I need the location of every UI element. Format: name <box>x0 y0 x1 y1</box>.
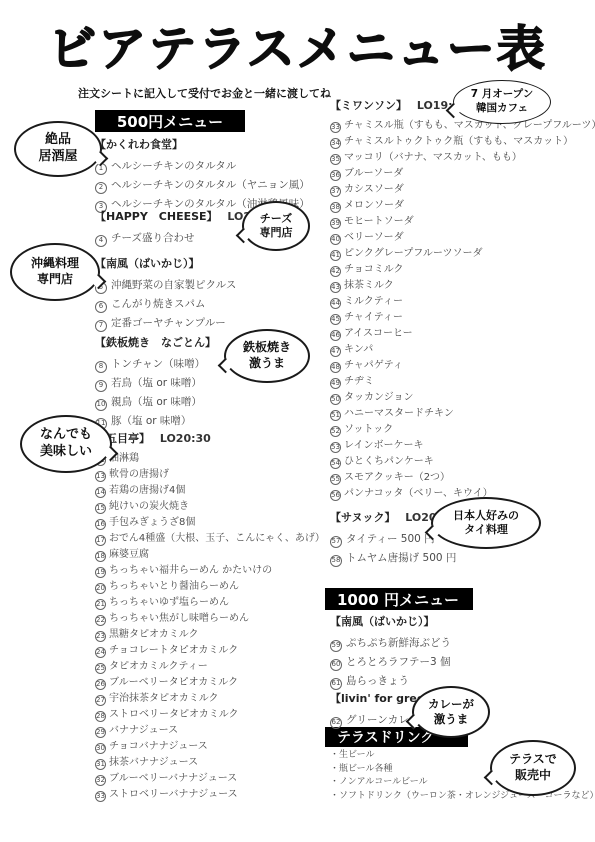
menu-item: 39モヒートソーダ <box>330 214 595 230</box>
item-number: 51 <box>330 410 341 421</box>
speech-bubble-curry: カレーが 激うま <box>412 686 490 738</box>
menu-item: 40ベリーソーダ <box>330 230 595 246</box>
item-text: ソットック <box>344 424 393 435</box>
item-text: 若鳥（塩 or 味噌） <box>111 377 202 389</box>
item-text: ちっちゃいとり醤油らーめん <box>109 581 239 592</box>
menu-item: 2ヘルシーチキンのタルタル（ヤニョン風） <box>95 176 310 195</box>
item-text: スモアクッキー（2つ） <box>344 472 450 483</box>
speech-bubble-cheese-shop: チーズ 専門店 <box>242 201 310 251</box>
item-text: タピオカミルクティー <box>109 661 208 672</box>
bubble-text: カレーが <box>428 697 474 712</box>
menu-item: 5沖縄野菜の自家製ピクルス <box>95 276 236 295</box>
menu-item: 33チャミスル瓶（すもも、マスカット、グレープフルーツ） <box>330 118 595 134</box>
item-number: 54 <box>330 458 341 469</box>
menu-item: 33ストロベリーバナナジュース <box>95 787 325 803</box>
item-text: ピンクグレープフルーツソーダ <box>344 248 483 259</box>
shop-name: 【HAPPY CHEESE】 <box>95 210 218 223</box>
section-title: 【南風（ばいかじ）】 <box>330 613 451 629</box>
item-text: アイスコーヒー <box>344 328 413 339</box>
menu-item-list: 5沖縄野菜の自家製ピクルス 6こんがり焼きスパム 7定番ゴーヤチャンプルー <box>95 276 236 333</box>
item-text: 親鳥（塩 or 味噌） <box>111 396 202 408</box>
menu-item: 54ひとくちパンケーキ <box>330 454 595 470</box>
item-text: チョコミルク <box>344 264 404 275</box>
bubble-text: なんでも <box>40 427 92 444</box>
menu-item: 42チョコミルク <box>330 262 595 278</box>
menu-item: 22ちっちゃい焦がし味噌らーめん <box>95 611 325 627</box>
drink-text: ソフトドリンク（ウーロン茶・オレンジジュース・コーラなど） <box>339 791 595 801</box>
item-text: チヂミ <box>344 376 374 387</box>
item-number: 43 <box>330 282 341 293</box>
menu-item: 45チャイティー <box>330 310 595 326</box>
item-number: 61 <box>330 678 342 690</box>
section-title: 【鉄板焼き なごとん】 <box>95 334 216 350</box>
menu-item: 17おでん4種盛（大根、玉子、こんにゃく、あげ） <box>95 531 325 547</box>
menu-item: 46アイスコーヒー <box>330 326 595 342</box>
header-1000yen-menu: 1000 円メニュー <box>325 588 473 610</box>
menu-item: 23黒糖タピオカミルク <box>95 627 325 643</box>
header-500yen-menu: 500円メニュー <box>95 110 245 132</box>
item-text: ちっちゃい焦がし味噌らーめん <box>109 613 249 624</box>
item-text: こんがり焼きスパム <box>111 298 206 310</box>
item-number: 32 <box>95 775 106 786</box>
item-number: 62 <box>330 717 342 729</box>
speech-bubble-teppanyaki: 鉄板焼き 激うま <box>224 329 310 383</box>
last-order-time: LO20:30 <box>160 432 211 445</box>
item-number: 23 <box>95 631 106 642</box>
item-number: 37 <box>330 186 341 197</box>
section-baikaji-500: 【南風（ばいかじ）】 5沖縄野菜の自家製ピクルス 6こんがり焼きスパム 7定番ゴ… <box>95 255 236 333</box>
item-number: 30 <box>95 743 106 754</box>
bubble-text: タイ料理 <box>464 523 508 537</box>
bubble-text: テラスで <box>509 752 557 768</box>
menu-item-list: 33チャミスル瓶（すもも、マスカット、グレープフルーツ） 34チャミスルトゥクト… <box>330 118 595 502</box>
bubble-text: 鉄板焼き <box>243 340 291 356</box>
item-text: チョコレートタピオカミルク <box>109 645 238 656</box>
item-number: 20 <box>95 583 106 594</box>
item-text: トムヤム唐揚げ 500 円 <box>346 552 456 564</box>
item-text: チャミスルトゥクトゥク瓶（すもも、マスカット） <box>344 136 573 147</box>
item-text: 純けいの炭火焼き <box>109 501 189 512</box>
shop-name: 【かくれわ食堂】 <box>95 138 183 151</box>
item-text: ストロベリータピオカミルク <box>109 709 239 720</box>
item-number: 15 <box>95 503 106 514</box>
drink-text: 瓶ビール各種 <box>339 764 392 774</box>
item-text: 抹茶バナナジュース <box>109 757 198 768</box>
item-text: 若鶏の唐揚げ4個 <box>109 485 185 496</box>
menu-item: 34チャミスルトゥクトゥク瓶（すもも、マスカット） <box>330 134 595 150</box>
item-number: 8 <box>95 361 107 373</box>
drink-text: 生ビール <box>339 750 374 760</box>
item-text: タッカンジョン <box>344 392 414 403</box>
menu-item: 60とろとろラフテー3 個 <box>330 653 451 672</box>
item-text: 豚（塩 or 味噌） <box>111 415 191 427</box>
section-baikaji-1000: 【南風（ばいかじ）】 59ぷちぷち新鮮海ぶどう 60とろとろラフテー3 個 61… <box>330 613 451 691</box>
item-text: チャイティー <box>344 312 403 323</box>
shop-name: 【サヌック】 <box>330 511 395 524</box>
item-number: 45 <box>330 314 341 325</box>
item-text: ちっちゃいゆず塩らーめん <box>109 597 229 608</box>
item-number: 46 <box>330 330 341 341</box>
item-text: ヘルシーチキンのタルタル <box>111 160 236 172</box>
item-number: 28 <box>95 711 106 722</box>
menu-item: 32ブルーベリーバナナジュース <box>95 771 325 787</box>
bubble-text: 激うま <box>249 356 285 372</box>
menu-item: 20ちっちゃいとり醤油らーめん <box>95 579 325 595</box>
item-number: 22 <box>95 615 106 626</box>
item-number: 56 <box>330 490 341 501</box>
item-text: 定番ゴーヤチャンプルー <box>111 317 226 329</box>
item-number: 10 <box>95 399 107 411</box>
menu-item: 24チョコレートタピオカミルク <box>95 643 325 659</box>
section-miwanson: 【ミワンソン】 LO19:30 33チャミスル瓶（すもも、マスカット、グレープフ… <box>330 97 595 502</box>
item-number: 25 <box>95 663 106 674</box>
item-number: 58 <box>330 555 342 567</box>
bubble-text: チーズ <box>260 212 292 226</box>
speech-bubble-okinawa-shop: 沖縄料理 専門店 <box>10 243 100 301</box>
speech-bubble-nandemo-oishii: なんでも 美味しい <box>20 415 112 473</box>
item-text: チーズ盛り合わせ <box>111 232 194 244</box>
menu-item: 50タッカンジョン <box>330 390 595 406</box>
menu-item: 13軟骨の唐揚げ <box>95 467 325 483</box>
item-number: 6 <box>95 301 107 313</box>
menu-item: 11豚（塩 or 味噌） <box>95 412 216 431</box>
section-title: 【五目亭】 LO20:30 <box>95 430 325 446</box>
item-number: 52 <box>330 426 341 437</box>
menu-item: 16手包みぎょうざ8個 <box>95 515 325 531</box>
item-text: ブルーベリーバナナジュース <box>109 773 237 784</box>
item-text: ハニーマスタードチキン <box>344 408 454 419</box>
item-number: 49 <box>330 378 341 389</box>
item-number: 18 <box>95 551 106 562</box>
menu-item: 6こんがり焼きスパム <box>95 295 236 314</box>
section-title: 【南風（ばいかじ）】 <box>95 255 236 271</box>
item-text: モヒートソーダ <box>344 216 414 227</box>
bubble-text: 沖縄料理 <box>31 256 79 272</box>
menu-item: 28ストロベリータピオカミルク <box>95 707 325 723</box>
menu-item: 26ブルーベリータピオカミルク <box>95 675 325 691</box>
menu-item: 19ちっちゃい福井らーめん かたいけの <box>95 563 325 579</box>
bubble-text: 激うま <box>434 712 469 727</box>
item-text: バナナジュース <box>109 725 178 736</box>
menu-item: 18麻婆豆腐 <box>95 547 325 563</box>
item-number: 31 <box>95 759 106 770</box>
item-number: 14 <box>95 487 106 498</box>
item-text: 沖縄野菜の自家製ピクルス <box>111 279 236 291</box>
item-text: 軟骨の唐揚げ <box>109 469 169 480</box>
item-text: タイティー 500 円 <box>346 533 435 545</box>
section-title: 【かくれわ食堂】 <box>95 136 310 152</box>
menu-item: 36ブルーソーダ <box>330 166 595 182</box>
bubble-text: 販売中 <box>515 768 551 784</box>
item-number: 36 <box>330 170 341 181</box>
menu-item: 58トムヤム唐揚げ 500 円 <box>330 549 456 568</box>
speech-bubble-july-open-korean-cafe: 7 月オープン 韓国カフェ <box>453 80 551 124</box>
item-text: ぷちぷち新鮮海ぶどう <box>346 637 451 649</box>
menu-item: 14若鶏の唐揚げ4個 <box>95 483 325 499</box>
menu-item: 48チャパゲティ <box>330 358 595 374</box>
menu-item-list: 8トンチャン（味噌） 9若鳥（塩 or 味噌） 10親鳥（塩 or 味噌） 11… <box>95 355 216 431</box>
item-number: 19 <box>95 567 106 578</box>
item-text: ミルクティー <box>344 296 403 307</box>
menu-item: 38メロンソーダ <box>330 198 595 214</box>
menu-item: 31抹茶バナナジュース <box>95 755 325 771</box>
bubble-text: 日本人好みの <box>453 509 519 523</box>
item-text: キンパ <box>344 344 373 355</box>
item-text: 麻婆豆腐 <box>109 549 149 560</box>
menu-item: 41ピンクグレープフルーツソーダ <box>330 246 595 262</box>
item-text: チャパゲティ <box>344 360 403 371</box>
menu-item: 30チョコバナナジュース <box>95 739 325 755</box>
item-text: ブルーソーダ <box>344 168 403 179</box>
item-number: 9 <box>95 380 107 392</box>
item-number: 2 <box>95 182 107 194</box>
bubble-text: 韓国カフェ <box>476 102 528 116</box>
item-number: 55 <box>330 474 341 485</box>
item-number: 17 <box>95 535 106 546</box>
bubble-text: 美味しい <box>40 444 92 461</box>
item-number: 48 <box>330 362 341 373</box>
item-number: 33 <box>95 791 106 802</box>
beer-terrace-menu-page: ビアテラスメニュー表 注文シートに記入して受付でお金と一緒に渡してね 500円メ… <box>0 0 595 842</box>
section-gomokutei: 【五目亭】 LO20:30 12油淋鶏 13軟骨の唐揚げ 14若鶏の唐揚げ4個 … <box>95 430 325 803</box>
page-subtitle: 注文シートに記入して受付でお金と一緒に渡してね <box>78 85 331 101</box>
menu-item: 1ヘルシーチキンのタルタル <box>95 157 310 176</box>
menu-item: 12油淋鶏 <box>95 451 325 467</box>
item-number: 26 <box>95 679 106 690</box>
page-title: ビアテラスメニュー表 <box>0 10 595 79</box>
menu-item: 47キンパ <box>330 342 595 358</box>
drink-text: ノンアルコールビール <box>339 777 428 787</box>
menu-item: 35マッコリ（バナナ、マスカット、もも） <box>330 150 595 166</box>
menu-item: 15純けいの炭火焼き <box>95 499 325 515</box>
menu-item: 44ミルクティー <box>330 294 595 310</box>
item-number: 29 <box>95 727 106 738</box>
item-number: 24 <box>95 647 106 658</box>
menu-item: 43抹茶ミルク <box>330 278 595 294</box>
menu-item: 55スモアクッキー（2つ） <box>330 470 595 486</box>
menu-item: 37カシスソーダ <box>330 182 595 198</box>
speech-bubble-thai-food: 日本人好みの タイ料理 <box>431 497 541 549</box>
item-number: 60 <box>330 659 342 671</box>
item-number: 41 <box>330 250 341 261</box>
menu-item: 59ぷちぷち新鮮海ぶどう <box>330 634 451 653</box>
bubble-text: 7 月オープン <box>471 88 534 102</box>
item-text: レインボーケーキ <box>344 440 424 451</box>
menu-item: 8トンチャン（味噌） <box>95 355 216 374</box>
item-number: 47 <box>330 346 341 357</box>
item-text: とろとろラフテー3 個 <box>346 656 451 668</box>
menu-item-list: 12油淋鶏 13軟骨の唐揚げ 14若鶏の唐揚げ4個 15純けいの炭火焼き 16手… <box>95 451 325 803</box>
item-number: 13 <box>95 471 106 482</box>
item-number: 57 <box>330 536 342 548</box>
bubble-text: 絶品 <box>45 132 71 149</box>
menu-item: 51ハニーマスタードチキン <box>330 406 595 422</box>
item-text: ベリーソーダ <box>344 232 404 243</box>
menu-item: 10親鳥（塩 or 味噌） <box>95 393 216 412</box>
item-number: 7 <box>95 320 107 332</box>
menu-item: 9若鳥（塩 or 味噌） <box>95 374 216 393</box>
item-text: ブルーベリータピオカミルク <box>109 677 238 688</box>
bubble-text: 居酒屋 <box>38 149 77 166</box>
speech-bubble-terrace-selling: テラスで 販売中 <box>490 740 576 796</box>
item-number: 35 <box>330 154 341 165</box>
item-number: 50 <box>330 394 341 405</box>
menu-item: 27宇治抹茶タピオカミルク <box>95 691 325 707</box>
item-number: 4 <box>95 235 107 247</box>
item-number: 33 <box>330 122 341 133</box>
bubble-text: 専門店 <box>260 226 293 240</box>
item-text: 宇治抹茶タピオカミルク <box>109 693 219 704</box>
item-text: チャミスル瓶（すもも、マスカット、グレープフルーツ） <box>344 120 595 131</box>
item-number: 59 <box>330 640 342 652</box>
item-number: 34 <box>330 138 341 149</box>
menu-item: 29バナナジュース <box>95 723 325 739</box>
menu-item: 52ソットック <box>330 422 595 438</box>
shop-name: 【南風（ばいかじ）】 <box>95 257 200 270</box>
section-teppanyaki-nagoton: 【鉄板焼き なごとん】 8トンチャン（味噌） 9若鳥（塩 or 味噌） 10親鳥… <box>95 334 216 431</box>
item-text: 島らっきょう <box>346 675 409 687</box>
item-text: ストロベリーバナナジュース <box>109 789 238 800</box>
shop-name: 【南風（ばいかじ）】 <box>330 615 435 628</box>
item-number: 42 <box>330 266 341 277</box>
item-text: カシスソーダ <box>344 184 404 195</box>
item-text: ちっちゃい福井らーめん かたいけの <box>109 565 272 576</box>
item-text: メロンソーダ <box>344 200 404 211</box>
item-text: チョコバナナジュース <box>109 741 208 752</box>
item-text: マッコリ（バナナ、マスカット、もも） <box>344 152 522 163</box>
menu-item-list: 59ぷちぷち新鮮海ぶどう 60とろとろラフテー3 個 61島らっきょう <box>330 634 451 691</box>
item-text: ひとくちパンケーキ <box>344 456 434 467</box>
shop-name: 【鉄板焼き なごとん】 <box>95 336 216 349</box>
item-number: 21 <box>95 599 106 610</box>
menu-item: 7定番ゴーヤチャンプルー <box>95 314 236 333</box>
item-number: 38 <box>330 202 341 213</box>
menu-item: 21ちっちゃいゆず塩らーめん <box>95 595 325 611</box>
shop-name: 【ミワンソン】 <box>330 99 407 112</box>
bubble-text: 専門店 <box>37 272 73 288</box>
menu-item: 49チヂミ <box>330 374 595 390</box>
item-number: 44 <box>330 298 341 309</box>
menu-item: 25タピオカミルクティー <box>95 659 325 675</box>
item-text: 黒糖タピオカミルク <box>109 629 199 640</box>
item-text: 抹茶ミルク <box>344 280 394 291</box>
item-text: トンチャン（味噌） <box>111 358 205 370</box>
item-text: ヘルシーチキンのタルタル（ヤニョン風） <box>111 179 310 191</box>
item-number: 16 <box>95 519 106 530</box>
item-text: おでん4種盛（大根、玉子、こんにゃく、あげ） <box>109 533 325 544</box>
item-number: 53 <box>330 442 341 453</box>
speech-bubble-zeppin-izakaya: 絶品 居酒屋 <box>14 121 102 177</box>
item-number: 27 <box>95 695 106 706</box>
item-number: 40 <box>330 234 341 245</box>
menu-item: 53レインボーケーキ <box>330 438 595 454</box>
item-text: 手包みぎょうざ8個 <box>109 517 195 528</box>
item-number: 39 <box>330 218 341 229</box>
